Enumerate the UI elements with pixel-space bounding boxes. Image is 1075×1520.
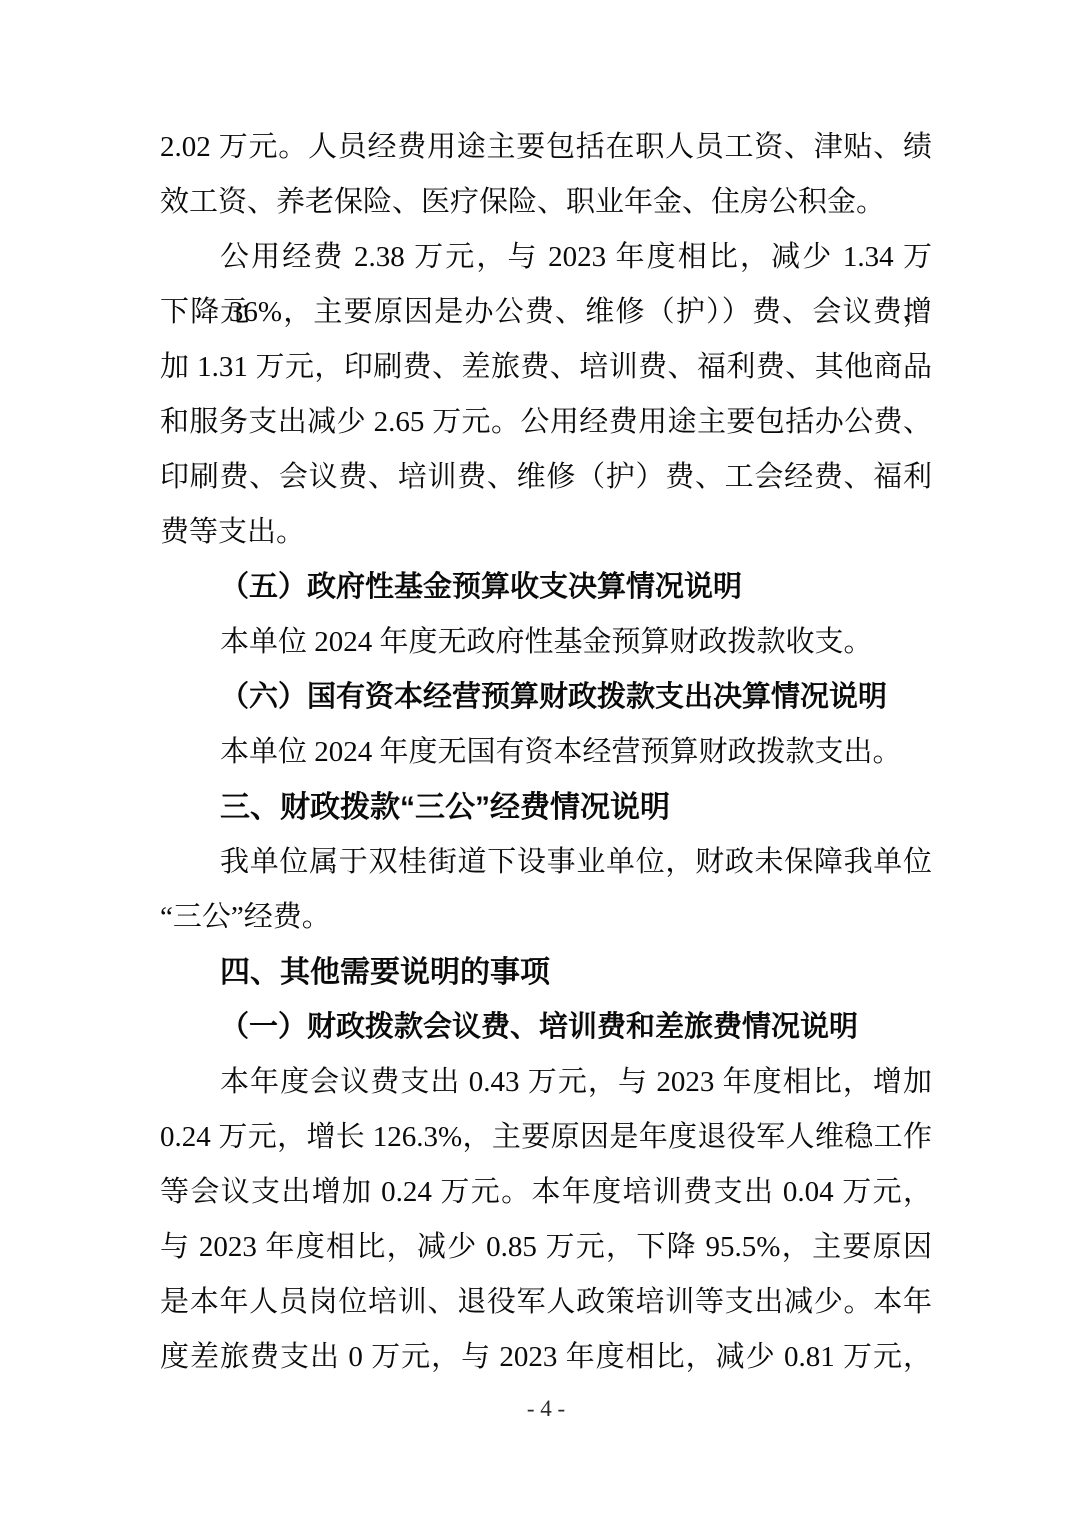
text-line: 本单位 2024 年度无政府性基金预算财政拨款收支。 [160, 615, 932, 670]
text-line: 印刷费、会议费、培训费、维修（护）费、工会经费、福利 [160, 450, 932, 505]
text-line: 0.24 万元，增长 126.3%，主要原因是年度退役军人维稳工作 [160, 1110, 932, 1165]
text-line: 度差旅费支出 0 万元，与 2023 年度相比，减少 0.81 万元， [160, 1330, 932, 1385]
text-line: 加 1.31 万元，印刷费、差旅费、培训费、福利费、其他商品 [160, 340, 932, 395]
section-heading: （一）财政拨款会议费、培训费和差旅费情况说明 [160, 1000, 932, 1055]
document-page: 2.02 万元。人员经费用途主要包括在职人员工资、津贴、绩效工资、养老保险、医疗… [0, 0, 1075, 1520]
text-line: 公用经费 2.38 万元，与 2023 年度相比，减少 1.34 万元， [160, 230, 932, 285]
section-heading: 四、其他需要说明的事项 [160, 945, 932, 1000]
section-heading: （六）国有资本经营预算财政拨款支出决算情况说明 [160, 670, 932, 725]
section-heading: 三、财政拨款“三公”经费情况说明 [160, 780, 932, 835]
text-line: 费等支出。 [160, 505, 932, 560]
document-lines: 2.02 万元。人员经费用途主要包括在职人员工资、津贴、绩效工资、养老保险、医疗… [160, 120, 932, 1385]
text-line: 下降 36%，主要原因是办公费、维修（护））费、会议费增 [160, 285, 932, 340]
text-line: 和服务支出减少 2.65 万元。公用经费用途主要包括办公费、 [160, 395, 932, 450]
text-line: “三公”经费。 [160, 890, 932, 945]
text-line: 等会议支出增加 0.24 万元。本年度培训费支出 0.04 万元， [160, 1165, 932, 1220]
text-line: 效工资、养老保险、医疗保险、职业年金、住房公积金。 [160, 175, 932, 230]
text-line: 是本年人员岗位培训、退役军人政策培训等支出减少。本年 [160, 1275, 932, 1330]
section-heading: （五）政府性基金预算收支决算情况说明 [160, 560, 932, 615]
text-line: 本单位 2024 年度无国有资本经营预算财政拨款支出。 [160, 725, 932, 780]
text-line: 我单位属于双桂街道下设事业单位，财政未保障我单位 [160, 835, 932, 890]
text-line: 本年度会议费支出 0.43 万元，与 2023 年度相比，增加 [160, 1055, 932, 1110]
text-line: 2.02 万元。人员经费用途主要包括在职人员工资、津贴、绩 [160, 120, 932, 175]
text-line: 与 2023 年度相比，减少 0.85 万元，下降 95.5%，主要原因 [160, 1220, 932, 1275]
page-number: - 4 - [160, 1396, 932, 1422]
